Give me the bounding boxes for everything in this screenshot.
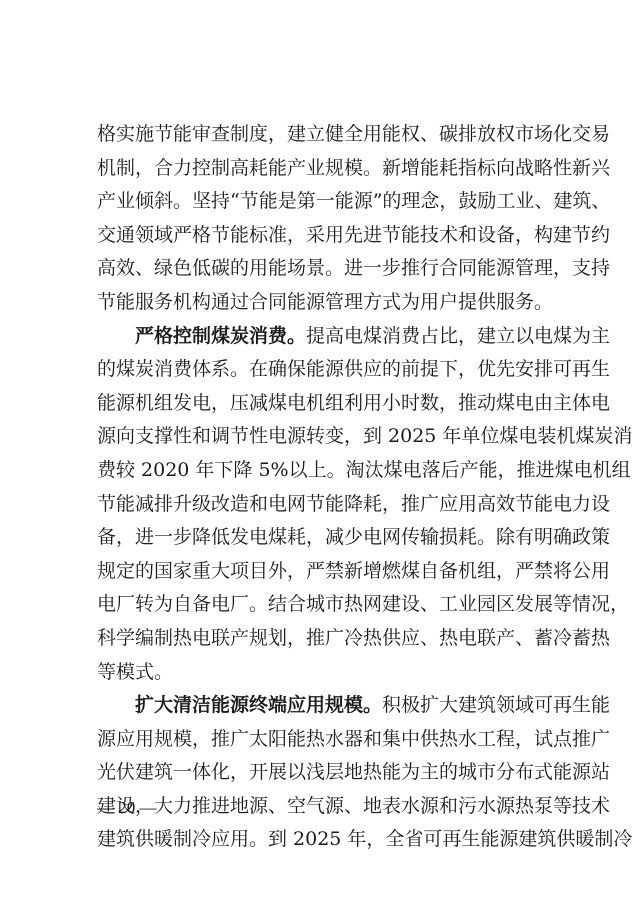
text-line: 备，进一步降低发电煤耗，减少电网传输损耗。除有明确政策 [97, 521, 555, 555]
text-line: 源向支撑性和调节性电源转变，到 2025 年单位煤电装机煤炭消 [97, 420, 555, 454]
text-run: 提高电煤消费占比，建立以电煤为主 [306, 325, 610, 347]
text-line: 科学编制热电联产规划，推广冷热供应、热电联产、蓄冷蓄热 [97, 622, 555, 656]
paragraph-first-line: 严格控制煤炭消费。提高电煤消费占比，建立以电煤为主 [97, 320, 555, 354]
text-line: 等模式。 [97, 656, 555, 690]
document-page: 格实施节能审查制度，建立健全用能权、碳排放权市场化交易 机制，合力控制高耗能产业… [97, 118, 555, 857]
text-line: 的煤炭消费体系。在确保能源供应的前提下，优先安排可再生 [97, 353, 555, 387]
section-heading: 扩大清洁能源终端应用规模。 [135, 694, 382, 716]
text-line: 电厂转为自备电厂。结合城市热网建设、工业园区发展等情况， [97, 588, 555, 622]
page-number: — 20 — [97, 798, 157, 818]
text-line: 格实施节能审查制度，建立健全用能权、碳排放权市场化交易 [97, 118, 555, 152]
text-line: 产业倾斜。坚持“节能是第一能源”的理念，鼓励工业、建筑、 [97, 185, 555, 219]
text-line: 光伏建筑一体化，开展以浅层地热能为主的城市分布式能源站 [97, 756, 555, 790]
paragraph-first-line: 扩大清洁能源终端应用规模。积极扩大建筑领域可再生能 [97, 689, 555, 723]
text-line: 建设，大力推进地源、空气源、地表水源和污水源热泵等技术 [97, 790, 555, 824]
text-line: 能源机组发电，压减煤电机组利用小时数，推动煤电由主体电 [97, 387, 555, 421]
text-run: 积极扩大建筑领域可再生能 [382, 694, 610, 716]
section-heading: 严格控制煤炭消费。 [135, 325, 306, 347]
text-line: 费较 2020 年下降 5%以上。淘汰煤电落后产能，推进煤电机组 [97, 454, 555, 488]
text-line: 机制，合力控制高耗能产业规模。新增能耗指标向战略性新兴 [97, 152, 555, 186]
text-line: 节能减排升级改造和电网节能降耗，推广应用高效节能电力设 [97, 488, 555, 522]
text-line: 规定的国家重大项目外，严禁新增燃煤自备机组，严禁将公用 [97, 555, 555, 589]
text-line: 节能服务机构通过合同能源管理方式为用户提供服务。 [97, 286, 555, 320]
text-line: 建筑供暖制冷应用。到 2025 年，全省可再生能源建筑供暖制冷 [97, 823, 555, 857]
text-line: 高效、绿色低碳的用能场景。进一步推行合同能源管理，支持 [97, 252, 555, 286]
text-line: 交通领域严格节能标准，采用先进节能技术和设备，构建节约 [97, 219, 555, 253]
text-line: 源应用规模，推广太阳能热水器和集中供热水工程，试点推广 [97, 723, 555, 757]
